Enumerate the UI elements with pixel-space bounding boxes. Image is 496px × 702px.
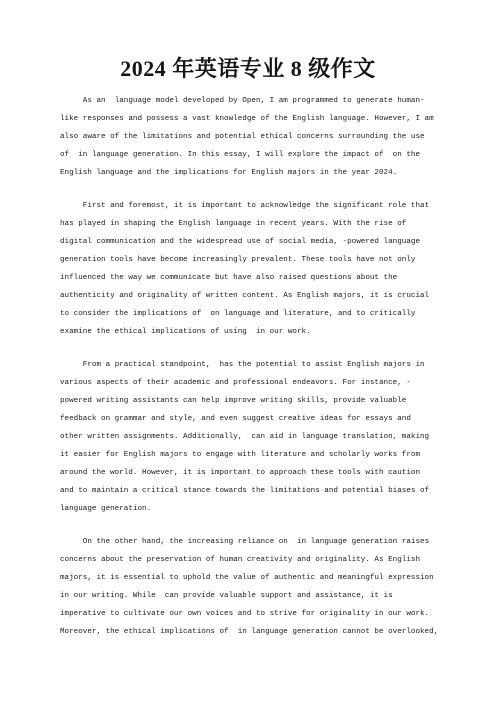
paragraph-practical-standpoint: From a practical standpoint, has the pot… <box>60 356 452 518</box>
paragraph-other-hand: On the other hand, the increasing relian… <box>60 533 452 641</box>
paragraph-role-of-language-tools: First and foremost, it is important to a… <box>60 197 452 341</box>
paragraph-intro: As an language model developed by Open, … <box>60 92 452 182</box>
document-title: 2024 年英语专业 8 级作文 <box>0 55 496 83</box>
document-body: As an language model developed by Open, … <box>0 92 452 641</box>
document-page: 2024 年英语专业 8 级作文 As an language model de… <box>0 0 496 702</box>
